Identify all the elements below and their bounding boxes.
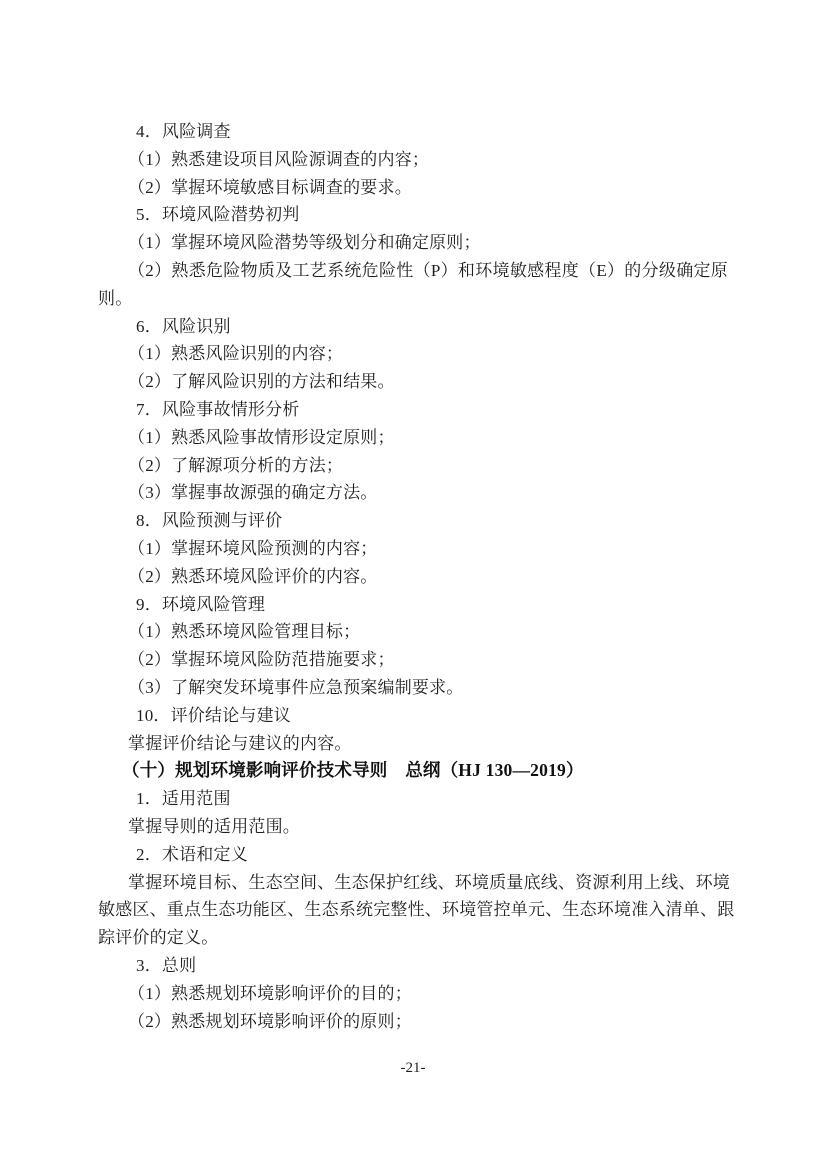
text-line: 4．风险调查 (98, 118, 728, 146)
section-heading: （十）规划环境影响评价技术导则 总纲（HJ 130—2019） (98, 757, 728, 785)
page-number: -21- (0, 1056, 826, 1080)
text-line: 掌握导则的适用范围。 (98, 813, 728, 841)
text-line: 6．风险识别 (98, 313, 728, 341)
text-line: （3）了解突发环境事件应急预案编制要求。 (98, 674, 728, 702)
text-line: （2）掌握环境敏感目标调查的要求。 (98, 174, 728, 202)
text-line: 则。 (98, 285, 728, 313)
text-line: 7．风险事故情形分析 (98, 396, 728, 424)
text-line: 9．环境风险管理 (98, 591, 728, 619)
text-line: 踪评价的定义。 (98, 924, 728, 952)
text-line: （2）了解源项分析的方法； (98, 452, 728, 480)
text-line: 掌握评价结论与建议的内容。 (98, 730, 728, 758)
text-line: （1）掌握环境风险预测的内容； (98, 535, 728, 563)
text-line: （1）熟悉规划环境影响评价的目的； (98, 980, 728, 1008)
document-body: 4．风险调查（1）熟悉建设项目风险源调查的内容；（2）掌握环境敏感目标调查的要求… (98, 118, 728, 1035)
text-line: 8．风险预测与评价 (98, 507, 728, 535)
text-line: （2）熟悉规划环境影响评价的原则； (98, 1008, 728, 1036)
text-line: （1）熟悉环境风险管理目标； (98, 618, 728, 646)
text-line: 10．评价结论与建议 (98, 702, 728, 730)
text-line: （1）熟悉风险事故情形设定原则； (98, 424, 728, 452)
text-line: 5．环境风险潜势初判 (98, 201, 728, 229)
text-line: （2）掌握环境风险防范措施要求； (98, 646, 728, 674)
document-page: 4．风险调查（1）熟悉建设项目风险源调查的内容；（2）掌握环境敏感目标调查的要求… (0, 0, 826, 1169)
text-line: 2．术语和定义 (98, 841, 728, 869)
text-line: （1）熟悉建设项目风险源调查的内容； (98, 146, 728, 174)
text-line: （2）熟悉环境风险评价的内容。 (98, 563, 728, 591)
text-line: 掌握环境目标、生态空间、生态保护红线、环境质量底线、资源利用上线、环境 (98, 869, 728, 897)
text-line: （1）熟悉风险识别的内容； (98, 340, 728, 368)
text-line: 敏感区、重点生态功能区、生态系统完整性、环境管控单元、生态环境准入清单、跟 (98, 896, 728, 924)
text-line: （3）掌握事故源强的确定方法。 (98, 479, 728, 507)
text-line: （1）掌握环境风险潜势等级划分和确定原则； (98, 229, 728, 257)
text-line: （2）了解风险识别的方法和结果。 (98, 368, 728, 396)
text-line: 1．适用范围 (98, 785, 728, 813)
text-line: 3．总则 (98, 952, 728, 980)
text-line: （2）熟悉危险物质及工艺系统危险性（P）和环境敏感程度（E）的分级确定原 (98, 257, 728, 285)
